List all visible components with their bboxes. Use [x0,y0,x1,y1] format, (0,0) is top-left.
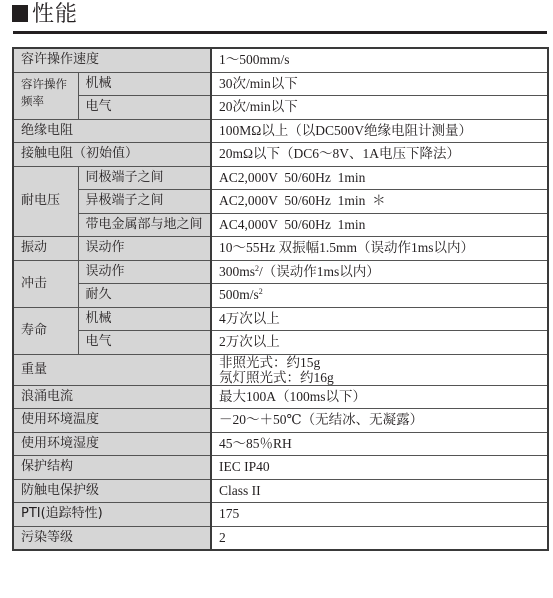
row-label: 容许操作速度 [13,48,211,72]
table-row: 振动 误动作 10～55Hz 双振幅1.5mm（误动作1ms以内） [13,237,548,261]
sub-label: 误动作 [78,260,211,284]
sub-label: 电气 [78,331,211,355]
table-row: 重量 非照光式：约15g 氖灯照光式：约16g [13,354,548,385]
row-value: 500m/s2 [211,284,548,308]
row-label: 重量 [13,354,211,385]
group-label: 冲击 [13,260,78,307]
sub-label: 同极端子之间 [78,166,211,190]
row-value: 10～55Hz 双振幅1.5mm（误动作1ms以内） [211,237,548,261]
row-value: －20～＋50℃（无结冰、无凝露） [211,409,548,433]
performance-spec-table: 容许操作速度 1～500mm/s 容许操作频率 机械 30次/min以下 电气 … [12,47,549,551]
square-bullet-icon [12,5,28,22]
row-value: 非照光式：约15g 氖灯照光式：约16g [211,354,548,385]
table-row: 保护结构 IEC IP40 [13,456,548,480]
group-label: 耐电压 [13,166,78,237]
sub-label: 机械 [78,72,211,96]
value-line: 氖灯照光式：约16g [219,370,547,385]
row-value: 20mΩ以下（DC6～8V、1A电压下降法） [211,143,548,167]
value-superscript: 2 [259,287,263,296]
table-row: 浪涌电流 最大100A（100ms以下） [13,385,548,409]
value-line: 非照光式：约15g [219,355,547,370]
row-label: 使用环境温度 [13,409,211,433]
row-value: AC2,000V 50/60Hz 1min [211,166,548,190]
table-row: 异极端子之间 AC2,000V 50/60Hz 1min ＊ [13,190,548,214]
table-row: 容许操作频率 机械 30次/min以下 [13,72,548,96]
heading-underline [13,31,547,34]
value-main: 500m/s [219,287,259,302]
table-row: PTI(追踪特性) 175 [13,503,548,527]
row-value: 2万次以上 [211,331,548,355]
row-value: 4万次以上 [211,307,548,331]
row-value: AC4,000V 50/60Hz 1min [211,213,548,237]
group-label-text: 容许操作频率 [21,77,67,108]
table-row: 绝缘电阻 100MΩ以上（以DC500V绝缘电阻计测量） [13,119,548,143]
row-value: 175 [211,503,548,527]
row-value: 1～500mm/s [211,48,548,72]
row-label: 污染等级 [13,526,211,550]
row-value: 2 [211,526,548,550]
value-rest: /（误动作1ms以内） [259,264,380,279]
table-row: 电气 20次/min以下 [13,96,548,120]
row-value: 100MΩ以上（以DC500V绝缘电阻计测量） [211,119,548,143]
sub-label: 机械 [78,307,211,331]
table-row: 耐电压 同极端子之间 AC2,000V 50/60Hz 1min [13,166,548,190]
table-row: 容许操作速度 1～500mm/s [13,48,548,72]
table-row: 使用环境温度 －20～＋50℃（无结冰、无凝露） [13,409,548,433]
row-label: 绝缘电阻 [13,119,211,143]
row-value: 30次/min以下 [211,72,548,96]
group-label: 振动 [13,237,78,261]
table-row: 带电金属部与地之间 AC4,000V 50/60Hz 1min [13,213,548,237]
table-row: 接触电阻（初始值） 20mΩ以下（DC6～8V、1A电压下降法） [13,143,548,167]
group-label: 寿命 [13,307,78,354]
row-value: 300ms2/（误动作1ms以内） [211,260,548,284]
table-row: 电气 2万次以上 [13,331,548,355]
row-label: 保护结构 [13,456,211,480]
section-title: 性能 [32,2,78,27]
row-value: Class II [211,479,548,503]
row-label: 防触电保护级 [13,479,211,503]
table-row: 污染等级 2 [13,526,548,550]
row-label: PTI(追踪特性) [13,503,211,527]
sub-label: 耐久 [78,284,211,308]
table-row: 耐久 500m/s2 [13,284,548,308]
table-row: 防触电保护级 Class II [13,479,548,503]
group-label: 容许操作频率 [13,72,78,119]
row-label: 使用环境湿度 [13,432,211,456]
section-heading: 性能 [12,2,78,28]
sub-label: 误动作 [78,237,211,261]
row-value: 20次/min以下 [211,96,548,120]
table-row: 使用环境湿度 45～85％RH [13,432,548,456]
row-value: 最大100A（100ms以下） [211,385,548,409]
row-value: AC2,000V 50/60Hz 1min ＊ [211,190,548,214]
row-value: 45～85％RH [211,432,548,456]
sub-label: 异极端子之间 [78,190,211,214]
sub-label: 带电金属部与地之间 [78,213,211,237]
row-label: 接触电阻（初始值） [13,143,211,167]
value-main: 300ms [219,264,255,279]
table-row: 冲击 误动作 300ms2/（误动作1ms以内） [13,260,548,284]
table-row: 寿命 机械 4万次以上 [13,307,548,331]
sub-label: 电气 [78,96,211,120]
row-label: 浪涌电流 [13,385,211,409]
row-value: IEC IP40 [211,456,548,480]
